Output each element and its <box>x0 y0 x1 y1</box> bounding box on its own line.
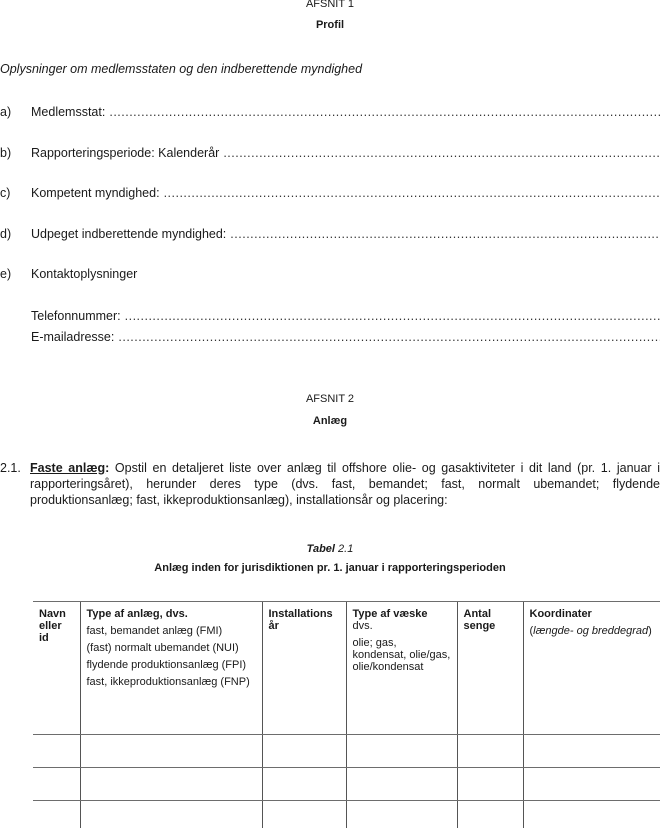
field-email[interactable]: E-mailadresse: .........................… <box>31 330 660 344</box>
header-label: Type af væske <box>353 608 451 620</box>
header-label: Installations år <box>269 608 340 632</box>
field-competent-authority[interactable]: c) Kompetent myndighed: ................… <box>0 186 660 200</box>
table-caption: Tabel 2.1 <box>0 543 660 555</box>
cell-type[interactable] <box>80 801 262 828</box>
fill-in-line[interactable]: ........................................… <box>223 146 660 160</box>
item-lead: Faste anlæg <box>30 461 105 475</box>
field-contact-info: e) Kontaktoplysninger <box>0 267 660 281</box>
fill-in-line[interactable]: ........................................… <box>118 330 660 344</box>
cell-beds[interactable] <box>457 735 523 768</box>
field-label: Udpeget indberettende myndighed: <box>31 227 226 241</box>
cell-coordinates[interactable] <box>523 801 660 828</box>
field-letter: e) <box>0 267 31 281</box>
header-note: længde- og breddegrad <box>533 625 648 637</box>
section-1-number: AFSNIT 1 <box>0 0 660 10</box>
section-2-number: AFSNIT 2 <box>0 393 660 405</box>
table-header-row: Navn eller id Type af anlæg, dvs. fast, … <box>33 602 660 735</box>
cell-type[interactable] <box>80 735 262 768</box>
table-row <box>33 801 660 828</box>
col-header-beds: Antal senge <box>457 602 523 735</box>
cell-name[interactable] <box>33 735 80 768</box>
cell-type[interactable] <box>80 768 262 801</box>
field-letter: d) <box>0 227 31 241</box>
field-label: Kontaktoplysninger <box>31 267 137 281</box>
header-option: flydende produktionsanlæg (FPI) <box>87 659 256 671</box>
field-letter: c) <box>0 186 31 200</box>
col-header-install-year: Installations år <box>262 602 346 735</box>
section-2-title: Anlæg <box>0 415 660 427</box>
header-option: olie; gas, kondensat, olie/gas, olie/kon… <box>353 637 451 673</box>
cell-coordinates[interactable] <box>523 735 660 768</box>
cell-fluid-type[interactable] <box>346 801 457 828</box>
item-number: 2.1. <box>0 460 21 476</box>
field-label: Kompetent myndighed: <box>31 186 160 200</box>
paren: ) <box>648 625 652 637</box>
table-row <box>33 735 660 768</box>
fill-in-line[interactable]: ........................................… <box>109 105 660 119</box>
field-phone[interactable]: Telefonnummer: .........................… <box>31 309 660 323</box>
header-option: (fast) normalt ubemandet (NUI) <box>87 642 256 654</box>
fill-in-line[interactable]: ........................................… <box>164 186 660 200</box>
table-title: Anlæg inden for jurisdiktionen pr. 1. ja… <box>0 562 660 574</box>
table-row <box>33 768 660 801</box>
field-label: E-mailadresse: <box>31 330 114 344</box>
field-label: Rapporteringsperiode: Kalenderår <box>31 146 219 160</box>
field-label: Telefonnummer: <box>31 309 121 323</box>
col-header-name: Navn eller id <box>33 602 80 735</box>
cell-install-year[interactable] <box>262 801 346 828</box>
caption-word: Tabel <box>307 543 335 555</box>
fill-in-line[interactable]: ........................................… <box>125 309 660 323</box>
col-header-fluid-type: Type af væske dvs. olie; gas, kondensat,… <box>346 602 457 735</box>
header-label: Antal senge <box>464 608 517 632</box>
field-designated-authority[interactable]: d) Udpeget indberettende myndighed: ....… <box>0 227 660 241</box>
field-label: Medlemsstat: <box>31 105 105 119</box>
installations-table: Navn eller id Type af anlæg, dvs. fast, … <box>33 601 660 828</box>
header-sub: dvs. <box>353 620 451 632</box>
col-header-coordinates: Koordinater (længde- og breddegrad) <box>523 602 660 735</box>
cell-name[interactable] <box>33 768 80 801</box>
header-option: fast, bemandet anlæg (FMI) <box>87 625 256 637</box>
cell-fluid-type[interactable] <box>346 735 457 768</box>
cell-fluid-type[interactable] <box>346 768 457 801</box>
fill-in-line[interactable]: ........................................… <box>230 227 660 241</box>
cell-coordinates[interactable] <box>523 768 660 801</box>
cell-install-year[interactable] <box>262 768 346 801</box>
field-reporting-period[interactable]: b) Rapporteringsperiode: Kalenderår ....… <box>0 146 660 160</box>
section-1-title: Profil <box>0 19 660 31</box>
item-text: Opstil en detaljeret liste over anlæg ti… <box>30 461 660 507</box>
field-member-state[interactable]: a) Medlemsstat: ........................… <box>0 105 660 119</box>
cell-beds[interactable] <box>457 768 523 801</box>
cell-install-year[interactable] <box>262 735 346 768</box>
header-option: fast, ikkeproduktionsanlæg (FNP) <box>87 676 256 688</box>
header-label: Type af anlæg, dvs. <box>87 608 256 620</box>
field-letter: a) <box>0 105 31 119</box>
field-letter: b) <box>0 146 31 160</box>
item-2-1: 2.1. Faste anlæg: Opstil en detaljeret l… <box>0 460 660 508</box>
col-header-type: Type af anlæg, dvs. fast, bemandet anlæg… <box>80 602 262 735</box>
header-label: Koordinater <box>530 608 660 620</box>
caption-number: 2.1 <box>335 543 353 555</box>
cell-beds[interactable] <box>457 801 523 828</box>
header-label: Navn eller id <box>39 608 74 644</box>
section-1-intro: Oplysninger om medlemsstaten og den indb… <box>0 62 362 76</box>
cell-name[interactable] <box>33 801 80 828</box>
